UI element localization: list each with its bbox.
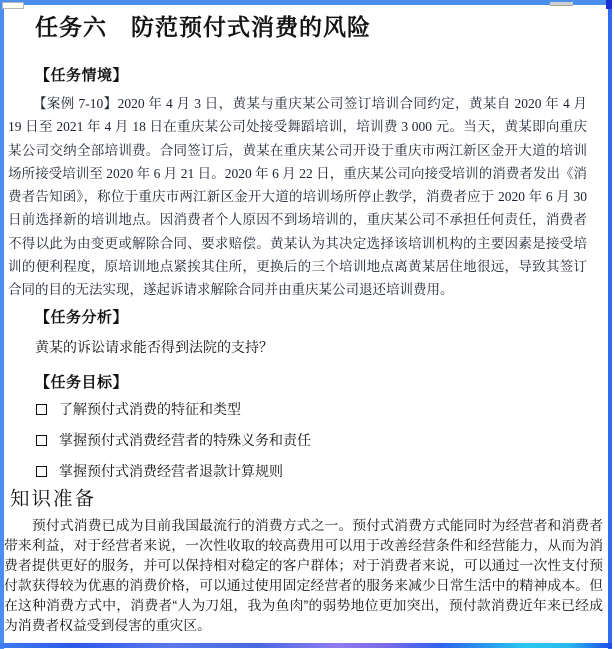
scrollbar-thumb[interactable]: [550, 2, 573, 6]
section-header-analysis: 【任务分析】: [35, 306, 128, 327]
objective-item: 掌握预付式消费经营者的特殊义务和责任: [36, 430, 576, 450]
page-border-bottom: [0, 643, 612, 648]
knowledge-heading: 知识准备: [10, 483, 96, 511]
page-border-corner: [606, 0, 612, 9]
knowledge-paragraph: 预付式消费已成为目前我国最流行的消费方式之一。预付式消费方式能同时为经营者和消费…: [4, 516, 603, 636]
analysis-question: 黄某的诉讼请求能否得到法院的支持？: [35, 337, 575, 357]
objectives-list: 了解预付式消费的特征和类型 掌握预付式消费经营者的特殊义务和责任 掌握预付式消费…: [36, 399, 576, 481]
checkbox-icon: [36, 435, 47, 446]
objective-item: 了解预付式消费的特征和类型: [36, 399, 576, 419]
objective-label: 了解预付式消费的特征和类型: [59, 399, 241, 419]
section-header-objectives: 【任务目标】: [35, 371, 128, 392]
checkbox-icon: [36, 404, 47, 415]
document-page: { "page": { "title": "任务六 防范预付式消费的风险", "…: [0, 0, 615, 649]
objective-label: 掌握预付式消费经营者退款计算规则: [59, 461, 283, 481]
page-border-top: [0, 0, 612, 5]
case-body-text: 2020 年 4 月 3 日，黄某与重庆某公司签订培训合同约定，黄某自 2020…: [8, 96, 587, 297]
case-paragraph: 【案例 7-10】2020 年 4 月 3 日，黄某与重庆某公司签订培训合同约定…: [8, 92, 587, 302]
objective-item: 掌握预付式消费经营者退款计算规则: [36, 461, 576, 481]
page-border-right: [608, 0, 612, 649]
section-header-scenario: 【任务情境】: [35, 64, 128, 85]
page-title: 任务六 防范预付式消费的风险: [35, 9, 595, 42]
checkbox-icon: [36, 466, 47, 477]
ruler-corner-box: [2, 2, 24, 9]
case-number-label: 【案例 7-10】: [33, 96, 118, 111]
objective-label: 掌握预付式消费经营者的特殊义务和责任: [59, 430, 311, 450]
